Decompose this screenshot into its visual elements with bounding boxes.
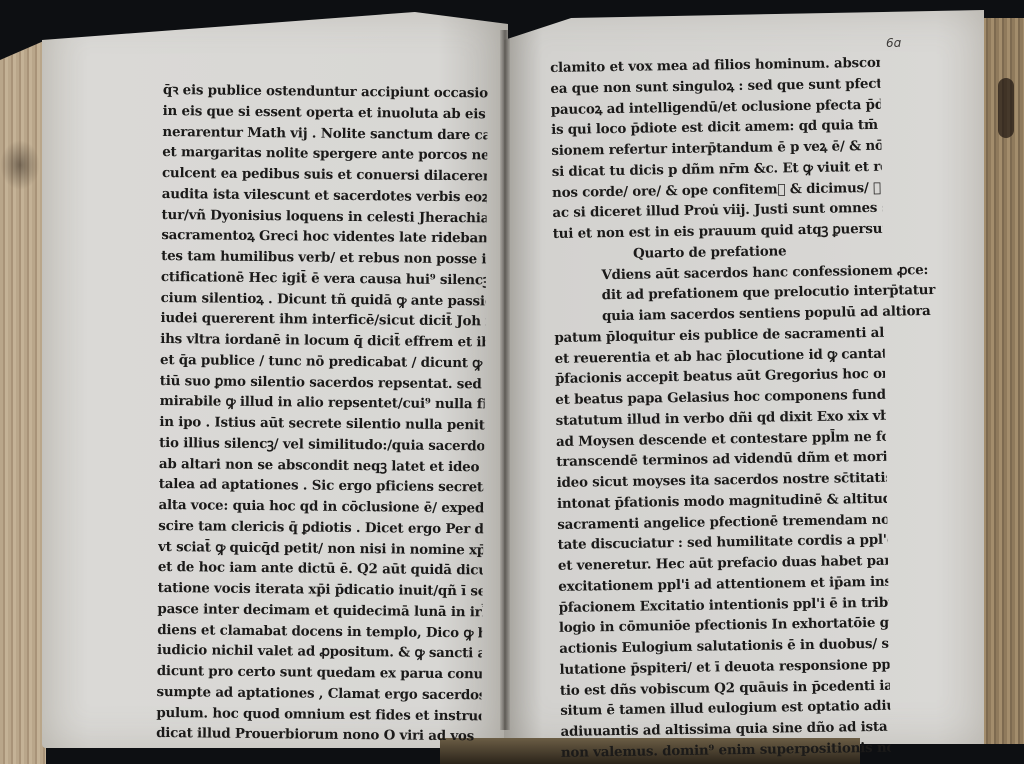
text-line: sumpte ad aptationes , Clamat ergo sacer… <box>156 682 481 706</box>
left-page-text: q̄ꝛ eis publice ostenduntur accipiunt oc… <box>156 80 488 747</box>
text-line: scire tam clericis q̄ ꝑdiotis . Dicet er… <box>158 516 483 540</box>
folio-number: 6ɑ <box>886 36 901 50</box>
text-line: et q̄a publice / tunc nō predicabat / di… <box>160 350 485 374</box>
book-photo: 6ɑ q̄ꝛ eis publice ostenduntur accipiunt… <box>0 0 1024 764</box>
text-line: ctificationē Hec igit̄ ē vera causa hui⁹… <box>161 267 486 291</box>
right-page-text: clamito et vox mea ad filios hominum. ab… <box>550 53 891 764</box>
book-gutter <box>500 30 510 730</box>
right-page-edges <box>980 18 1024 744</box>
text-line: audita ista vilescunt et sacerdotes verb… <box>162 184 487 208</box>
text-line: pasce inter decimam et quidecimā lunā in… <box>157 599 482 623</box>
text-line: dicat illud Prouerbiorum nono O viri ad … <box>156 723 481 747</box>
edge-stamp-mark <box>0 140 40 190</box>
text-line: in eis que si essent operta et inuoluta … <box>163 101 488 125</box>
edge-stain <box>998 78 1014 138</box>
left-page-edges <box>0 40 46 764</box>
text-line: tio illius silencꝫ/ vel similitudo:/quia… <box>159 433 484 457</box>
